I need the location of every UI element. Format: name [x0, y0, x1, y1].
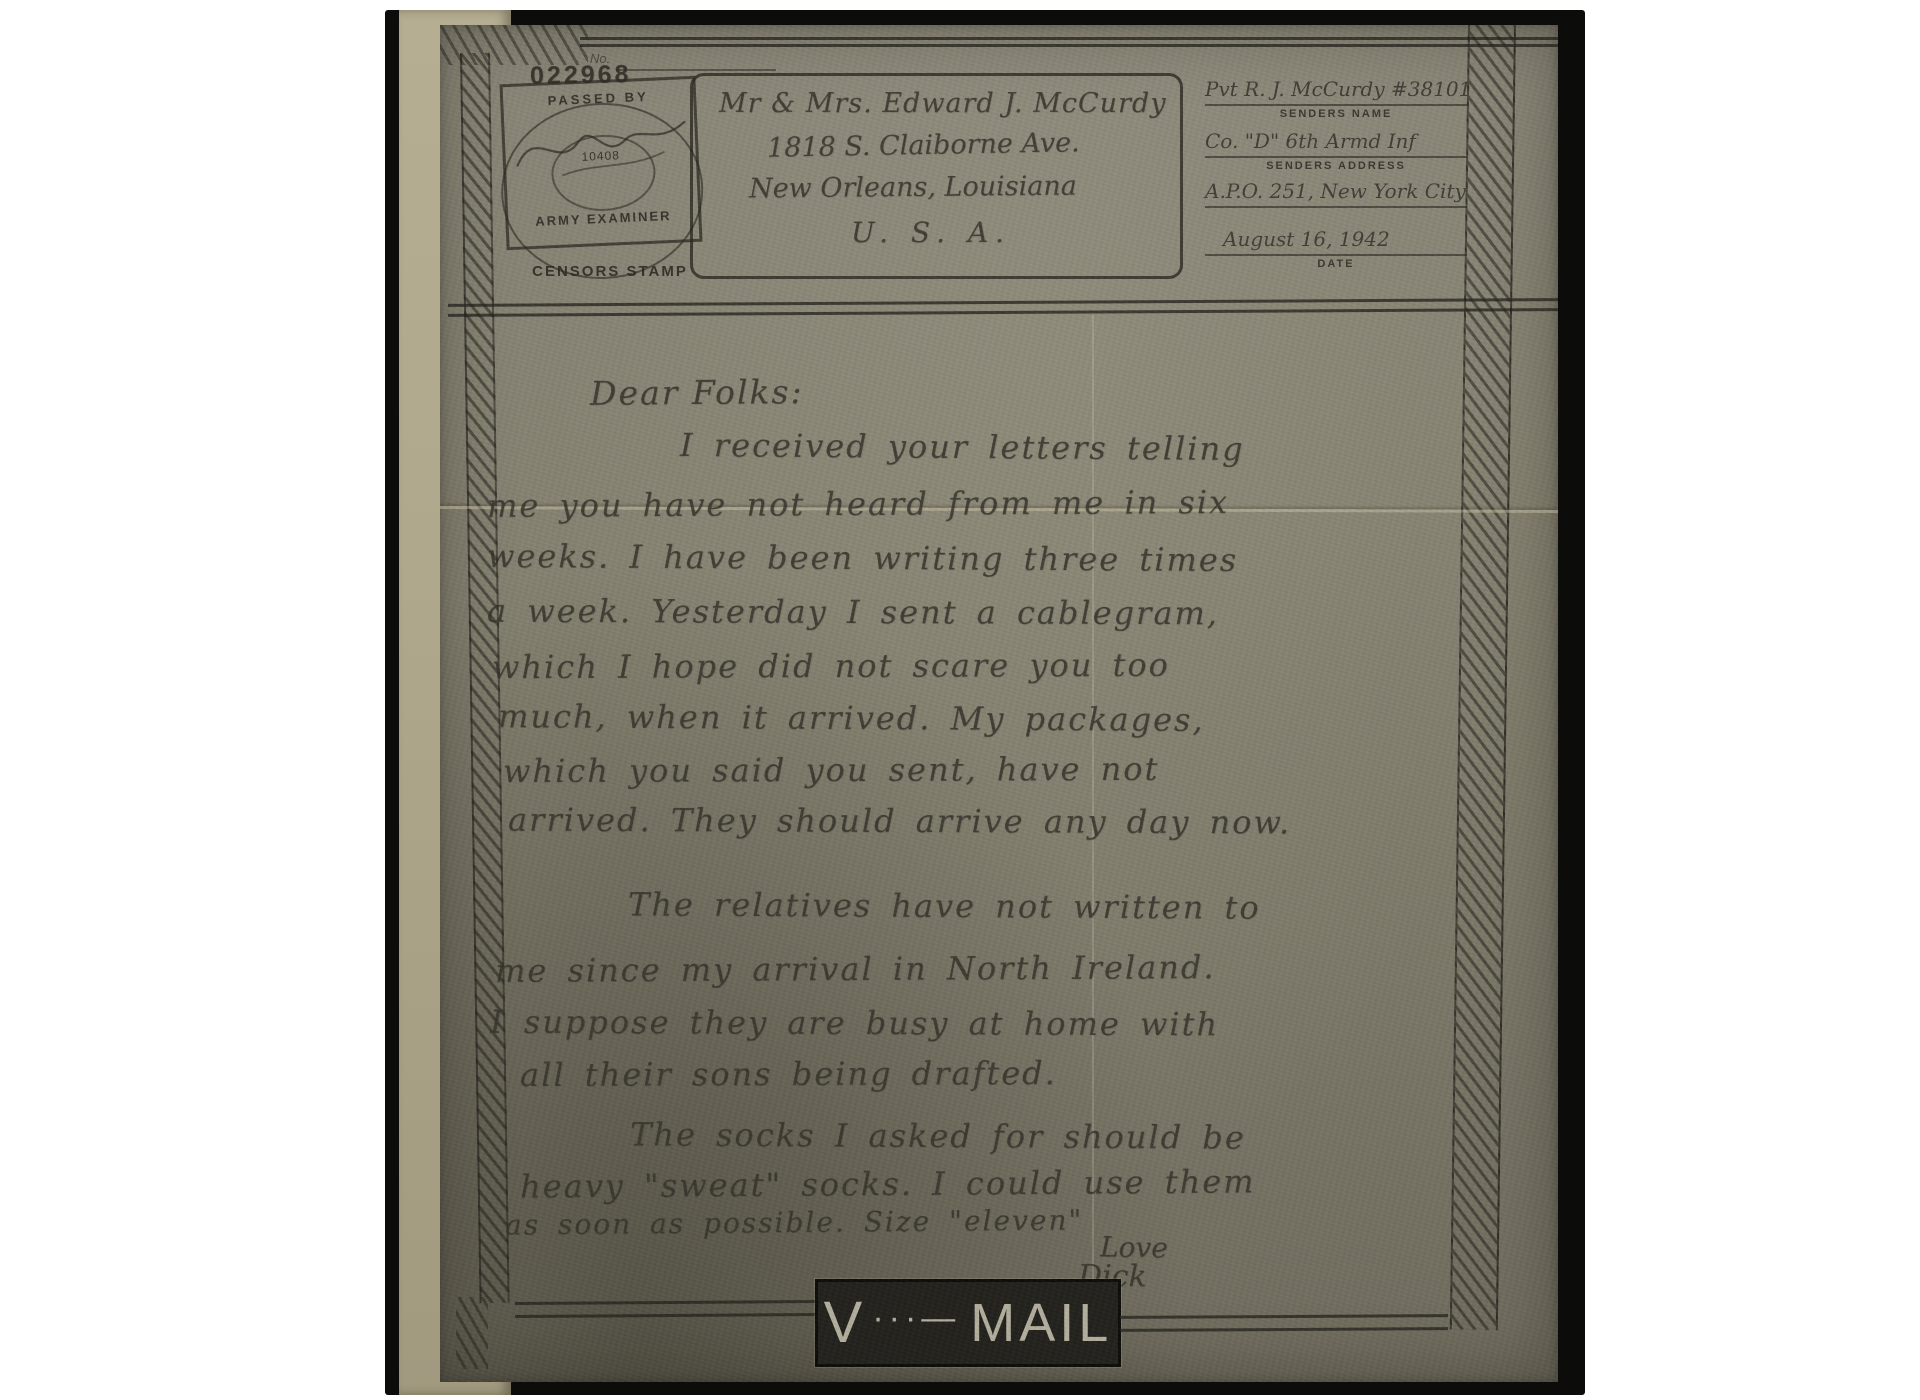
sender-name-value: Pvt R. J. McCurdy #38101 — [1205, 77, 1467, 106]
letter-salutation: Dear Folks: — [590, 372, 804, 413]
censors-stamp-caption: CENSORS STAMP — [510, 263, 710, 280]
letter-line: me you have not heard from me in six — [487, 483, 1229, 525]
footer-rule-right-lower — [1120, 1327, 1448, 1331]
letter-line: The relatives have not written to — [628, 885, 1261, 926]
letter-line: me since my arrival in North Ireland. — [495, 948, 1216, 990]
letter-line: a week. Yesterday I sent a cablegram, — [487, 592, 1219, 633]
addressee-line: U. S. A. — [851, 216, 1011, 249]
censor-stamp: PASSED BY 10408 ARMY EXAMINER — [499, 76, 702, 250]
letter-line: The socks I asked for should be — [630, 1115, 1246, 1156]
hatch-border-bottom-left — [456, 1297, 488, 1369]
top-border-rule-inner — [580, 44, 1558, 47]
sender-address-label: SENDERS ADDRESS — [1205, 160, 1467, 172]
sender-date-row: August 16, 1942 DATE — [1205, 227, 1467, 270]
date-label: DATE — [1205, 258, 1467, 270]
letter-line: much, when it arrived. My packages, — [498, 697, 1205, 739]
letter-line: arrived. They should arrive any day now. — [508, 801, 1291, 842]
censor-serial-number: 022968 — [530, 60, 632, 91]
letter-line: which I hope did not scare you too — [492, 646, 1170, 686]
form-number-line — [616, 69, 776, 71]
sender-name-label: SENDERS NAME — [1205, 108, 1467, 120]
letter-line: which you said you sent, have not — [503, 750, 1159, 790]
addressee-box: Mr & Mrs. Edward J. McCurdy 1818 S. Clai… — [690, 73, 1183, 279]
sender-unit-value: Co. "D" 6th Armd Inf — [1205, 129, 1467, 158]
header-divider-rule-upper — [448, 298, 1558, 307]
sender-apo-value: A.P.O. 251, New York City — [1205, 179, 1467, 208]
sender-unit-row: Co. "D" 6th Armd Inf SENDERS ADDRESS — [1205, 129, 1467, 172]
footer-rule-right-upper — [1120, 1314, 1448, 1318]
vmail-letter-sheet: No. 022968 PASSED BY 10408 ARMY EXAMINER… — [440, 25, 1558, 1382]
letter-line: as soon as possible. Size "eleven" — [505, 1203, 1084, 1241]
letter-line: weeks. I have been writing three times — [487, 537, 1238, 579]
vmail-logo-morse-code: ···— — [872, 1299, 960, 1338]
letter-line: all their sons being drafted. — [520, 1054, 1057, 1094]
vmail-logo-mail: MAIL — [970, 1296, 1112, 1350]
date-value: August 16, 1942 — [1205, 227, 1467, 256]
vmail-logo-v: V — [824, 1294, 863, 1352]
top-border-rule-outer — [580, 37, 1558, 40]
sender-name-row: Pvt R. J. McCurdy #38101 SENDERS NAME — [1205, 77, 1467, 120]
vmail-logo: V ···— MAIL — [815, 1279, 1121, 1367]
letter-line: I received your letters telling — [680, 426, 1245, 468]
addressee-line: Mr & Mrs. Edward J. McCurdy — [719, 88, 1166, 119]
addressee-line: New Orleans, Louisiana — [749, 171, 1077, 205]
scanned-vmail-photograph: No. 022968 PASSED BY 10408 ARMY EXAMINER… — [385, 10, 1585, 1395]
footer-rule-left-upper — [515, 1300, 815, 1305]
header-divider-rule-lower — [448, 308, 1558, 317]
sender-apo-row: A.P.O. 251, New York City — [1205, 179, 1467, 208]
footer-rule-left-lower — [515, 1313, 815, 1318]
addressee-line: 1818 S. Claiborne Ave. — [767, 127, 1080, 163]
hatch-border-right — [1450, 25, 1516, 1330]
letter-line: heavy "sweat" socks. I could use them — [520, 1162, 1256, 1205]
letter-line: I suppose they are busy at home with — [490, 1003, 1219, 1044]
